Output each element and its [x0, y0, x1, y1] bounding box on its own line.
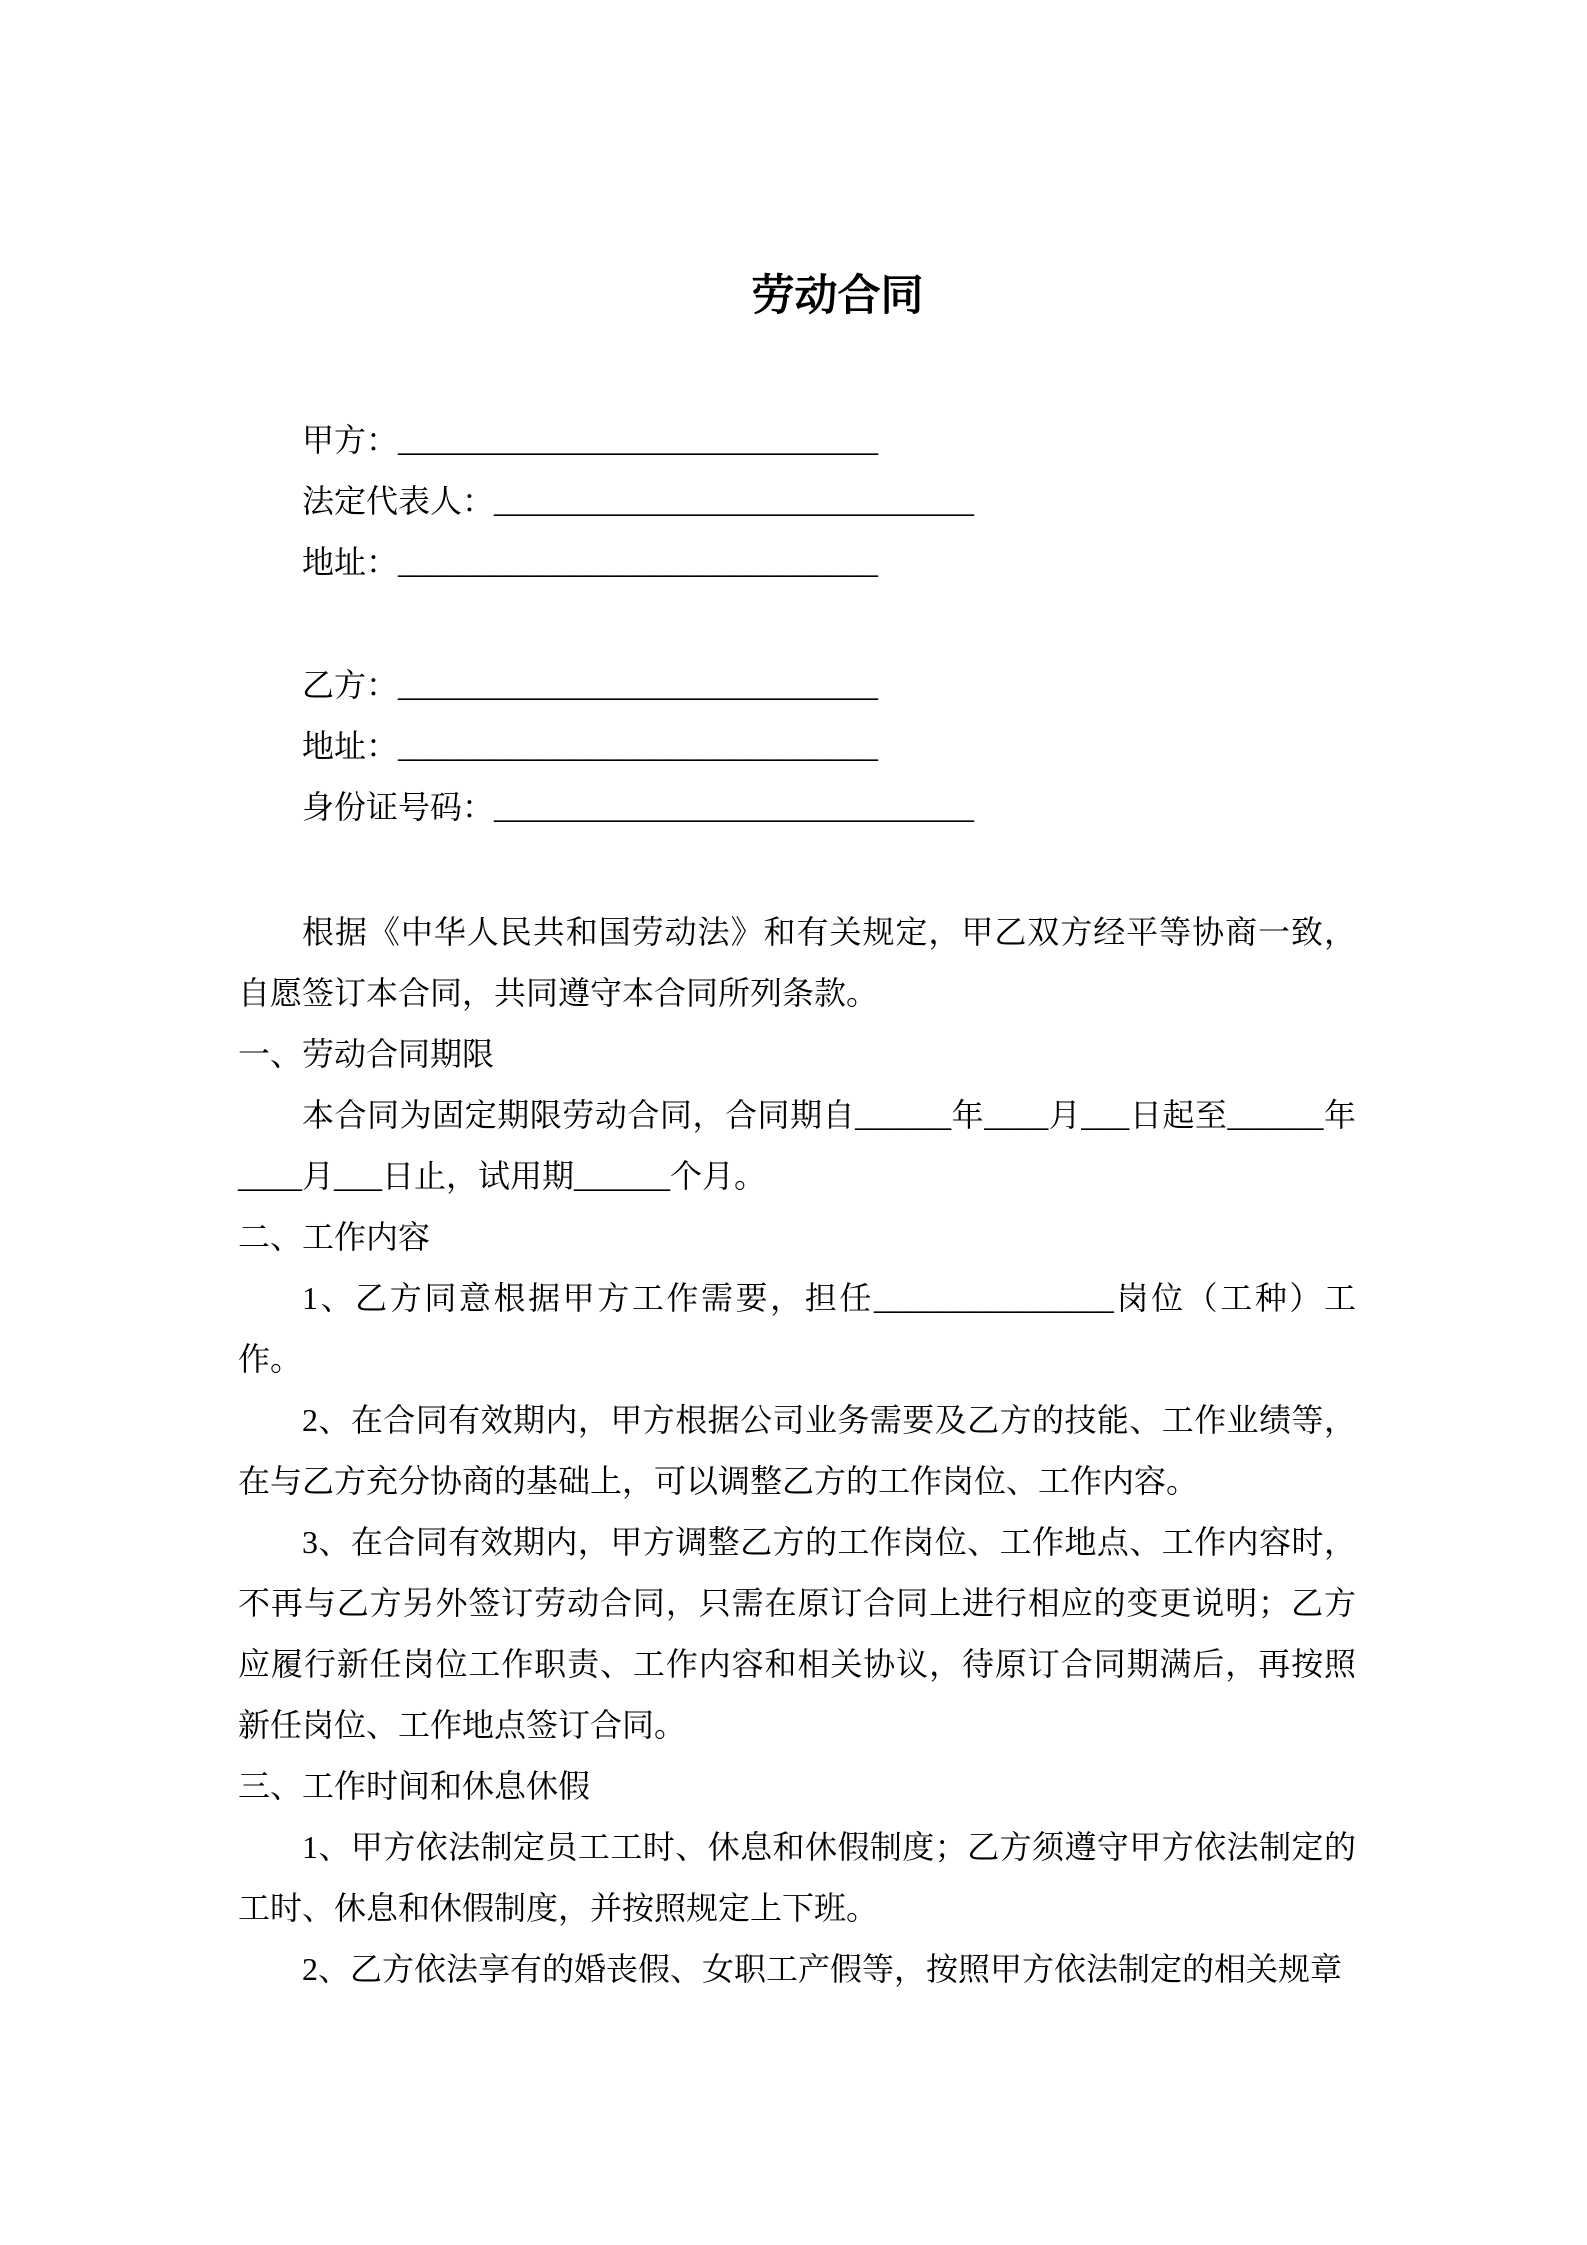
party-b-name-label: 乙方： — [302, 667, 398, 703]
section-3-clause-1-paragraph: 1、甲方依法制定员工工时、休息和休假制度；乙方须遵守甲方依法制定的工时、休息和休… — [238, 1817, 1356, 1939]
section-2-clause-3-paragraph: 3、在合同有效期内，甲方调整乙方的工作岗位、工作地点、工作内容时，不再与乙方另外… — [238, 1512, 1356, 1756]
section-1-heading: 一、劳动合同期限 — [238, 1024, 1356, 1085]
party-a-block: 甲方：______________________________ 法定代表人：… — [238, 410, 1356, 593]
party-a-legal-representative-label: 法定代表人： — [302, 483, 494, 519]
party-b-id-number-row: 身份证号码：______________________________ — [238, 777, 1356, 838]
party-b-block: 乙方：______________________________ 地址：___… — [238, 655, 1356, 838]
party-b-address-row: 地址：______________________________ — [238, 716, 1356, 777]
party-a-address-blank-line: ______________________________ — [398, 544, 878, 580]
party-b-name-row: 乙方：______________________________ — [238, 655, 1356, 716]
party-b-name-blank-line: ______________________________ — [398, 667, 878, 703]
section-3-clause-2-paragraph: 2、乙方依法享有的婚丧假、女职工产假等，按照甲方依法制定的相关规章 — [238, 1939, 1356, 2000]
preamble-paragraph: 根据《中华人民共和国劳动法》和有关规定，甲乙双方经平等协商一致，自愿签订本合同，… — [238, 902, 1356, 1024]
party-a-legal-representative-blank-line: ______________________________ — [494, 483, 974, 519]
section-3-heading: 三、工作时间和休息休假 — [238, 1756, 1356, 1817]
party-a-legal-representative-row: 法定代表人：______________________________ — [238, 471, 1356, 532]
contract-body: 根据《中华人民共和国劳动法》和有关规定，甲乙双方经平等协商一致，自愿签订本合同，… — [238, 902, 1356, 2000]
section-2-clause-2-paragraph: 2、在合同有效期内，甲方根据公司业务需要及乙方的技能、工作业绩等，在与乙方充分协… — [238, 1390, 1356, 1512]
section-2-heading: 二、工作内容 — [238, 1207, 1356, 1268]
party-b-id-number-label: 身份证号码： — [302, 789, 494, 825]
party-a-name-blank-line: ______________________________ — [398, 422, 878, 458]
party-a-address-label: 地址： — [302, 544, 398, 580]
document-title: 劳动合同 — [88, 266, 1587, 327]
party-a-name-row: 甲方：______________________________ — [238, 410, 1356, 471]
contract-document-page: 劳动合同 甲方：______________________________ 法… — [0, 0, 1587, 2245]
party-a-name-label: 甲方： — [302, 422, 398, 458]
party-b-id-number-blank-line: ______________________________ — [494, 789, 974, 825]
section-2-clause-1-paragraph: 1、乙方同意根据甲方工作需要，担任_______________岗位（工种）工作… — [238, 1268, 1356, 1390]
party-b-address-blank-line: ______________________________ — [398, 728, 878, 764]
party-a-address-row: 地址：______________________________ — [238, 532, 1356, 593]
party-b-address-label: 地址： — [302, 728, 398, 764]
section-1-term-paragraph: 本合同为固定期限劳动合同，合同期自______年____月___日起至_____… — [238, 1085, 1356, 1207]
